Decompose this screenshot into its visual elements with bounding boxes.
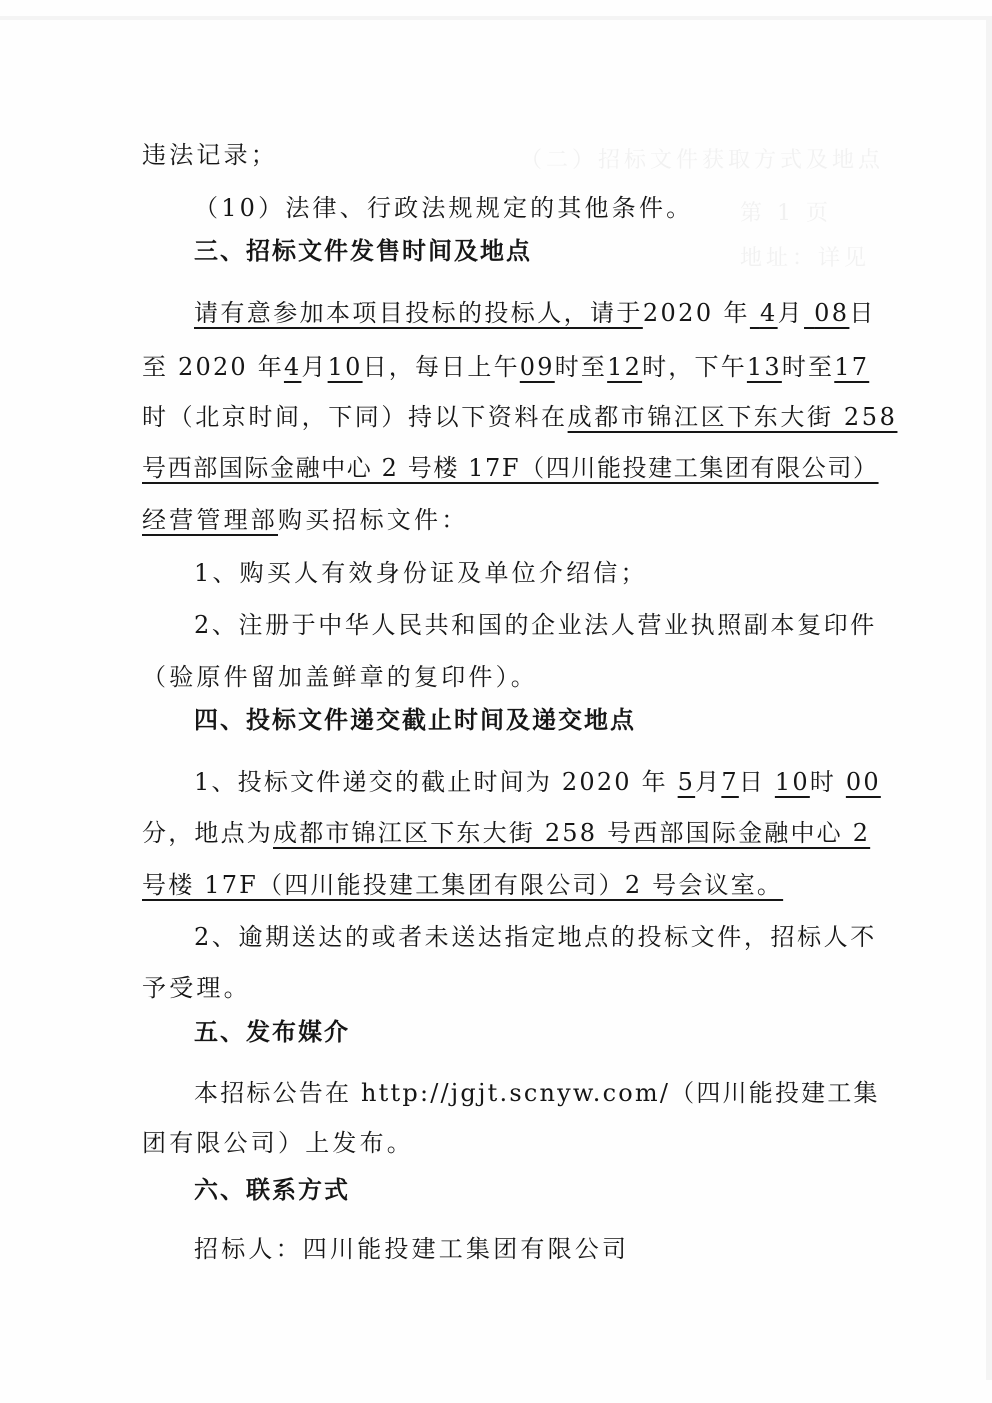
underlined-time: 17 <box>834 353 869 381</box>
underlined-date: 5 <box>678 768 695 796</box>
scan-edge-top <box>0 16 992 20</box>
section-heading-5: 五、发布媒介 <box>194 1017 878 1047</box>
list-item: 2、逾期送达的或者未送达指定地点的投标文件，招标人不 <box>194 922 878 952</box>
text-line: （验原件留加盖鲜章的复印件）。 <box>142 662 878 692</box>
text-line: 予受理。 <box>142 973 878 1003</box>
text-line: 号西部国际金融中心 2 号楼 17F（四川能投建工集团有限公司） <box>142 453 878 483</box>
text-line: 本招标公告在 http://jgjt.scnyw.com/（四川能投建工集 <box>194 1078 878 1108</box>
text-line: （10）法律、行政法规规定的其他条件。 <box>194 193 878 223</box>
text-line: 分，地点为成都市锦江区下东大街 258 号西部国际金融中心 2 <box>142 818 878 848</box>
text-span: 日 <box>849 299 875 327</box>
underlined-time: 10 <box>775 768 810 796</box>
underlined-department: 经营管理部 <box>142 506 278 534</box>
underlined-text: 请有意参加本项目投标的投标人，请于 <box>194 299 643 327</box>
scanned-document-page: （二）招标文件获取方式及地点 第 1 页 地址：详见 违法记录； （10）法律、… <box>0 0 992 1403</box>
underlined-date: 10 <box>328 353 363 381</box>
scan-edge-right <box>986 20 992 1380</box>
list-item: 2、注册于中华人民共和国的企业法人营业执照副本复印件 <box>194 610 878 640</box>
underlined-time: 12 <box>607 353 642 381</box>
underlined-date: 4 <box>284 353 301 381</box>
underlined-date: 4 <box>750 299 778 327</box>
underlined-time: 00 <box>846 768 881 796</box>
underlined-date: 08 <box>804 299 849 327</box>
underlined-time: 13 <box>747 353 782 381</box>
underlined-time: 09 <box>520 353 555 381</box>
text-line: 违法记录； <box>142 140 878 170</box>
underlined-address: 成都市锦江区下东大街 258 号西部国际金融中心 2 <box>273 819 870 847</box>
underlined-address: 号楼 17F（四川能投建工集团有限公司）2 号会议室。 <box>142 871 783 899</box>
section-heading-6: 六、联系方式 <box>194 1175 878 1205</box>
text-line: 请有意参加本项目投标的投标人，请于2020 年 4月 08日 <box>194 298 878 328</box>
underlined-date: 7 <box>721 768 738 796</box>
text-span: 2020 年 <box>643 299 750 327</box>
list-item: 1、购买人有效身份证及单位介绍信； <box>194 558 878 588</box>
text-line: 经营管理部购买招标文件： <box>142 505 878 535</box>
text-line: 至 2020 年4月10日，每日上午09时至12时，下午13时至17 <box>142 352 878 382</box>
section-heading-4: 四、投标文件递交截止时间及递交地点 <box>194 705 878 735</box>
text-line: 团有限公司）上发布。 <box>142 1128 878 1158</box>
section-heading-3: 三、招标文件发售时间及地点 <box>194 236 878 266</box>
contact-tenderer: 招标人：四川能投建工集团有限公司 <box>194 1234 878 1264</box>
list-item: 1、投标文件递交的截止时间为 2020 年 5月7日 10时 00 <box>194 767 878 797</box>
text-span: 月 <box>778 299 804 327</box>
text-line: 号楼 17F（四川能投建工集团有限公司）2 号会议室。 <box>142 870 878 900</box>
text-line: 时（北京时间，下同）持以下资料在成都市锦江区下东大街 258 <box>142 402 878 432</box>
underlined-address: 号西部国际金融中心 2 号楼 17F（四川能投建工集团有限公司） <box>142 454 879 482</box>
underlined-address: 成都市锦江区下东大街 258 <box>568 403 898 431</box>
